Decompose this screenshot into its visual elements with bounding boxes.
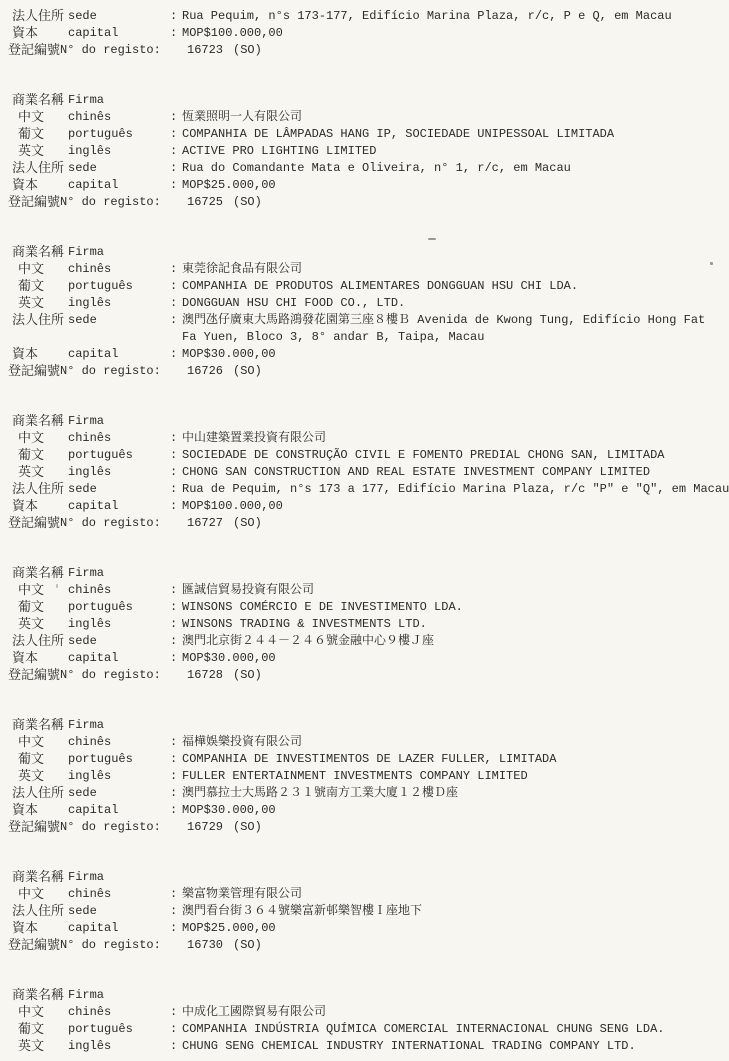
value-portuguese-name: COMPANHIA DE PRODUTOS ALIMENTARES DONGGU…: [182, 278, 578, 295]
section-heading-row: 商業名稱Firma: [0, 413, 729, 430]
row-address: 法人住所sede:澳門慕拉士大馬路２３１號南方工業大廈１２樓Ｄ座: [0, 785, 729, 802]
row-address: 法人住所sede:澳門看台街３６４號樂富新邨樂智樓Ｉ座地下: [0, 903, 729, 920]
row-registry: 登記編號N° do registo:16729(SO): [0, 819, 729, 836]
value-address: 澳門慕拉士大馬路２３１號南方工業大廈１２樓Ｄ座: [182, 785, 458, 802]
label-portuguese-pt: português: [68, 447, 133, 464]
label-english-zh: 英文: [18, 464, 44, 481]
value-capital: MOP$30.000,00: [182, 802, 276, 819]
value-english-name: CHUNG SENG CHEMICAL INDUSTRY INTERNATION…: [182, 1038, 636, 1055]
row-portuguese-name: 葡文português:COMPANHIA DE LÂMPADAS HANG I…: [0, 126, 729, 143]
row-chinese-name: 中文chinês:福樺娛樂投資有限公司: [0, 734, 729, 751]
label-chinese-zh: 中文: [18, 1004, 44, 1021]
colon: :: [170, 734, 177, 751]
value-chinese-name: 中成化工國際貿易有限公司: [182, 1004, 326, 1021]
label-chinese-zh: 中文: [18, 582, 44, 599]
value-english-name: CHONG SAN CONSTRUCTION AND REAL ESTATE I…: [182, 464, 650, 481]
row-registry: 登記編號N° do registo:16730(SO): [0, 937, 729, 954]
label-firm-pt: Firma: [68, 244, 104, 261]
label-firm-zh: 商業名稱: [12, 92, 64, 109]
colon: :: [170, 295, 177, 312]
row-address: 法人住所sede:Rua do Comandante Mata e Olivei…: [0, 160, 729, 177]
label-registry-pt: N° do registo:: [60, 42, 161, 59]
label-firm-zh: 商業名稱: [12, 244, 64, 261]
company-block: 商業名稱Firma中文chinês:東莞徐記食品有限公司葡文português:…: [0, 244, 729, 380]
value-english-name: WINSONS TRADING & INVESTMENTS LTD.: [182, 616, 427, 633]
gazette-page: 法人住所sede:Rua Pequim, n°s 173-177, Edifíc…: [0, 0, 729, 1055]
label-seat-pt: sede: [68, 481, 97, 498]
colon: :: [170, 768, 177, 785]
value-capital: MOP$30.000,00: [182, 346, 276, 363]
label-seat-pt: sede: [68, 160, 97, 177]
label-capital-pt: capital: [68, 25, 118, 42]
colon: :: [170, 802, 177, 819]
row-chinese-name: 中文chinês:樂富物業管理有限公司: [0, 886, 729, 903]
row-portuguese-name: 葡文português:SOCIEDADE DE CONSTRUÇÃO CIVI…: [0, 447, 729, 464]
row-portuguese-name: 葡文português:COMPANHIA DE PRODUTOS ALIMEN…: [0, 278, 729, 295]
label-registry-pt: N° do registo:: [60, 667, 161, 684]
row-registry: 登記編號N° do registo:16723(SO): [0, 42, 729, 59]
row-address: 法人住所sede:澳門氹仔廣東大馬路鴻發花園第三座８樓Ｂ Avenida de …: [0, 312, 729, 329]
row-capital: 資本capital:MOP$100.000,00: [0, 498, 729, 515]
value-address: Rua do Comandante Mata e Oliveira, n° 1,…: [182, 160, 571, 177]
registry-number: 16723: [187, 42, 223, 59]
label-firm-pt: Firma: [68, 92, 104, 109]
colon: :: [170, 109, 177, 126]
value-address: 澳門氹仔廣東大馬路鴻發花園第三座８樓Ｂ Avenida de Kwong Tun…: [182, 312, 705, 329]
value-capital: MOP$30.000,00: [182, 650, 276, 667]
colon: :: [170, 346, 177, 363]
label-firm-zh: 商業名稱: [12, 413, 64, 430]
label-capital-pt: capital: [68, 920, 118, 937]
label-chinese-pt: chinês: [68, 109, 111, 126]
colon: :: [170, 1004, 177, 1021]
value-capital: MOP$100.000,00: [182, 498, 283, 515]
registry-so-code: (SO): [233, 667, 262, 684]
value-chinese-name: 匯誠信貿易投資有限公司: [182, 582, 314, 599]
label-seat-pt: sede: [68, 633, 97, 650]
label-registry-pt: N° do registo:: [60, 363, 161, 380]
label-firm-pt: Firma: [68, 869, 104, 886]
registry-entries: 法人住所sede:Rua Pequim, n°s 173-177, Edifíc…: [0, 8, 729, 1055]
section-heading-row: 商業名稱Firma: [0, 869, 729, 886]
label-chinese-pt: chinês: [68, 734, 111, 751]
registry-so-code: (SO): [233, 363, 262, 380]
value-address-cont: Fa Yuen, Bloco 3, 8° andar B, Taipa, Mac…: [182, 329, 484, 346]
value-address: Rua de Pequim, n°s 173 a 177, Edifício M…: [182, 481, 729, 498]
label-seat-pt: sede: [68, 8, 97, 25]
label-chinese-zh: 中文: [18, 261, 44, 278]
colon: :: [170, 143, 177, 160]
colon: :: [170, 616, 177, 633]
row-english-name: 英文inglês:CHONG SAN CONSTRUCTION AND REAL…: [0, 464, 729, 481]
label-capital-zh: 資本: [12, 498, 38, 515]
label-firm-pt: Firma: [68, 413, 104, 430]
colon: :: [170, 278, 177, 295]
colon: :: [170, 920, 177, 937]
row-registry: 登記編號N° do registo:16727(SO): [0, 515, 729, 532]
colon: :: [170, 430, 177, 447]
label-english-zh: 英文: [18, 1038, 44, 1055]
label-registry-pt: N° do registo:: [60, 937, 161, 954]
registry-so-code: (SO): [233, 42, 262, 59]
label-english-pt: inglês: [68, 1038, 111, 1055]
company-block: 商業名稱Firma中文chinês:匯誠信貿易投資有限公司葡文português…: [0, 565, 729, 684]
label-portuguese-pt: português: [68, 278, 133, 295]
label-seat-pt: sede: [68, 312, 97, 329]
value-chinese-name: 樂富物業管理有限公司: [182, 886, 302, 903]
colon: :: [170, 751, 177, 768]
value-english-name: ACTIVE PRO LIGHTING LIMITED: [182, 143, 376, 160]
label-capital-zh: 資本: [12, 177, 38, 194]
label-registry-zh: 登記編號: [8, 515, 60, 532]
registry-number: 16729: [187, 819, 223, 836]
label-capital-zh: 資本: [12, 802, 38, 819]
row-registry: 登記編號N° do registo:16725(SO): [0, 194, 729, 211]
row-chinese-name: 中文chinês:中山建築置業投資有限公司: [0, 430, 729, 447]
label-firm-zh: 商業名稱: [12, 869, 64, 886]
label-portuguese-zh: 葡文: [18, 126, 44, 143]
label-portuguese-zh: 葡文: [18, 1021, 44, 1038]
row-portuguese-name: 葡文português:WINSONS COMÉRCIO E DE INVEST…: [0, 599, 729, 616]
row-english-name: 英文inglês:DONGGUAN HSU CHI FOOD CO., LTD.: [0, 295, 729, 312]
label-registry-zh: 登記編號: [8, 42, 60, 59]
label-capital-pt: capital: [68, 802, 118, 819]
label-registry-zh: 登記編號: [8, 819, 60, 836]
colon: :: [170, 312, 177, 329]
label-registry-zh: 登記編號: [8, 937, 60, 954]
label-english-zh: 英文: [18, 768, 44, 785]
row-capital: 資本capital:MOP$25.000,00: [0, 920, 729, 937]
row-chinese-name: 中文chinês:恆業照明一人有限公司: [0, 109, 729, 126]
row-capital: 資本capital:MOP$30.000,00: [0, 650, 729, 667]
label-seat-pt: sede: [68, 785, 97, 802]
value-portuguese-name: COMPANHIA INDÚSTRIA QUÍMICA COMERCIAL IN…: [182, 1021, 664, 1038]
registry-number: 16728: [187, 667, 223, 684]
label-registry-pt: N° do registo:: [60, 515, 161, 532]
value-portuguese-name: COMPANHIA DE LÂMPADAS HANG IP, SOCIEDADE…: [182, 126, 614, 143]
row-chinese-name: 中文chinês:匯誠信貿易投資有限公司: [0, 582, 729, 599]
registry-number: 16730: [187, 937, 223, 954]
section-heading-row: 商業名稱Firma: [0, 717, 729, 734]
colon: :: [170, 1021, 177, 1038]
label-seat-zh: 法人住所: [12, 903, 64, 920]
label-capital-pt: capital: [68, 498, 118, 515]
label-seat-zh: 法人住所: [12, 312, 64, 329]
label-seat-zh: 法人住所: [12, 481, 64, 498]
value-chinese-name: 福樺娛樂投資有限公司: [182, 734, 302, 751]
value-capital: MOP$100.000,00: [182, 25, 283, 42]
label-seat-pt: sede: [68, 903, 97, 920]
label-capital-pt: capital: [68, 177, 118, 194]
registry-so-code: (SO): [233, 937, 262, 954]
label-capital-zh: 資本: [12, 920, 38, 937]
label-chinese-zh: 中文: [18, 886, 44, 903]
value-capital: MOP$25.000,00: [182, 177, 276, 194]
label-portuguese-zh: 葡文: [18, 447, 44, 464]
colon: :: [170, 650, 177, 667]
label-seat-zh: 法人住所: [12, 160, 64, 177]
label-seat-zh: 法人住所: [12, 633, 64, 650]
section-heading-row: 商業名稱Firma: [0, 565, 729, 582]
value-portuguese-name: WINSONS COMÉRCIO E DE INVESTIMENTO LDA.: [182, 599, 463, 616]
row-capital: 資本capital:MOP$30.000,00: [0, 802, 729, 819]
label-seat-zh: 法人住所: [12, 785, 64, 802]
label-portuguese-zh: 葡文: [18, 278, 44, 295]
label-portuguese-pt: português: [68, 599, 133, 616]
section-heading-row: 商業名稱Firma: [0, 244, 729, 261]
colon: :: [170, 464, 177, 481]
label-capital-zh: 資本: [12, 650, 38, 667]
row-registry: 登記編號N° do registo:16726(SO): [0, 363, 729, 380]
label-chinese-pt: chinês: [68, 582, 111, 599]
colon: :: [170, 8, 177, 25]
colon: :: [170, 25, 177, 42]
value-english-name: FULLER ENTERTAINMENT INVESTMENTS COMPANY…: [182, 768, 528, 785]
label-english-pt: inglês: [68, 616, 111, 633]
company-block: 商業名稱Firma中文chinês:中山建築置業投資有限公司葡文portuguê…: [0, 413, 729, 532]
row-capital: 資本capital:MOP$100.000,00: [0, 25, 729, 42]
label-registry-zh: 登記編號: [8, 363, 60, 380]
label-english-zh: 英文: [18, 143, 44, 160]
value-chinese-name: 中山建築置業投資有限公司: [182, 430, 326, 447]
scan-artifact: [428, 238, 436, 240]
registry-number: 16726: [187, 363, 223, 380]
registry-so-code: (SO): [233, 515, 262, 532]
colon: :: [170, 785, 177, 802]
registry-so-code: (SO): [233, 194, 262, 211]
company-block: 商業名稱Firma中文chinês:恆業照明一人有限公司葡文português:…: [0, 92, 729, 211]
row-chinese-name: 中文chinês:中成化工國際貿易有限公司: [0, 1004, 729, 1021]
label-english-pt: inglês: [68, 295, 111, 312]
value-address: 澳門看台街３６４號樂富新邨樂智樓Ｉ座地下: [182, 903, 422, 920]
label-chinese-zh: 中文: [18, 734, 44, 751]
company-block: 法人住所sede:Rua Pequim, n°s 173-177, Edifíc…: [0, 8, 729, 59]
row-portuguese-name: 葡文português:COMPANHIA INDÚSTRIA QUÍMICA …: [0, 1021, 729, 1038]
row-english-name: 英文inglês:ACTIVE PRO LIGHTING LIMITED: [0, 143, 729, 160]
value-address: 澳門北京街２４４－２４６號金融中心９樓Ｊ座: [182, 633, 434, 650]
value-english-name: DONGGUAN HSU CHI FOOD CO., LTD.: [182, 295, 405, 312]
registry-so-code: (SO): [233, 819, 262, 836]
colon: :: [170, 903, 177, 920]
row-english-name: 英文inglês:CHUNG SENG CHEMICAL INDUSTRY IN…: [0, 1038, 729, 1055]
label-capital-pt: capital: [68, 346, 118, 363]
label-english-zh: 英文: [18, 616, 44, 633]
label-firm-zh: 商業名稱: [12, 565, 64, 582]
row-english-name: 英文inglês:WINSONS TRADING & INVESTMENTS L…: [0, 616, 729, 633]
label-firm-pt: Firma: [68, 565, 104, 582]
label-capital-pt: capital: [68, 650, 118, 667]
row-capital: 資本capital:MOP$25.000,00: [0, 177, 729, 194]
colon: :: [170, 498, 177, 515]
row-address: 法人住所sede:Rua de Pequim, n°s 173 a 177, E…: [0, 481, 729, 498]
label-portuguese-zh: 葡文: [18, 751, 44, 768]
registry-number: 16725: [187, 194, 223, 211]
label-portuguese-pt: português: [68, 751, 133, 768]
label-portuguese-pt: português: [68, 126, 133, 143]
colon: :: [170, 447, 177, 464]
label-firm-zh: 商業名稱: [12, 987, 64, 1004]
label-portuguese-zh: 葡文: [18, 599, 44, 616]
colon: :: [170, 1038, 177, 1055]
colon: :: [170, 481, 177, 498]
company-block: 商業名稱Firma中文chinês:樂富物業管理有限公司法人住所sede:澳門看…: [0, 869, 729, 954]
label-chinese-pt: chinês: [68, 886, 111, 903]
colon: :: [170, 886, 177, 903]
label-chinese-pt: chinês: [68, 430, 111, 447]
row-address-cont: Fa Yuen, Bloco 3, 8° andar B, Taipa, Mac…: [0, 329, 729, 346]
label-registry-zh: 登記編號: [8, 667, 60, 684]
label-firm-zh: 商業名稱: [12, 717, 64, 734]
row-address: 法人住所sede:澳門北京街２４４－２４６號金融中心９樓Ｊ座: [0, 633, 729, 650]
value-capital: MOP$25.000,00: [182, 920, 276, 937]
label-capital-zh: 資本: [12, 25, 38, 42]
label-capital-zh: 資本: [12, 346, 38, 363]
registry-number: 16727: [187, 515, 223, 532]
label-chinese-zh: 中文: [18, 430, 44, 447]
colon: :: [170, 160, 177, 177]
value-portuguese-name: SOCIEDADE DE CONSTRUÇÃO CIVIL E FOMENTO …: [182, 447, 664, 464]
row-capital: 資本capital:MOP$30.000,00: [0, 346, 729, 363]
label-english-pt: inglês: [68, 768, 111, 785]
label-portuguese-pt: português: [68, 1021, 133, 1038]
colon: :: [170, 177, 177, 194]
label-chinese-pt: chinês: [68, 1004, 111, 1021]
row-chinese-name: 中文chinês:東莞徐記食品有限公司: [0, 261, 729, 278]
value-chinese-name: 東莞徐記食品有限公司: [182, 261, 302, 278]
label-chinese-zh: 中文: [18, 109, 44, 126]
colon: :: [170, 599, 177, 616]
label-seat-zh: 法人住所: [12, 8, 64, 25]
label-registry-pt: N° do registo:: [60, 194, 161, 211]
label-firm-pt: Firma: [68, 717, 104, 734]
colon: :: [170, 633, 177, 650]
label-english-pt: inglês: [68, 143, 111, 160]
label-registry-zh: 登記編號: [8, 194, 60, 211]
label-english-pt: inglês: [68, 464, 111, 481]
scan-artifact: [56, 584, 58, 588]
section-heading-row: 商業名稱Firma: [0, 987, 729, 1004]
row-portuguese-name: 葡文português:COMPANHIA DE INVESTIMENTOS D…: [0, 751, 729, 768]
value-portuguese-name: COMPANHIA DE INVESTIMENTOS DE LAZER FULL…: [182, 751, 556, 768]
row-english-name: 英文inglês:FULLER ENTERTAINMENT INVESTMENT…: [0, 768, 729, 785]
label-firm-pt: Firma: [68, 987, 104, 1004]
company-block: 商業名稱Firma中文chinês:福樺娛樂投資有限公司葡文português:…: [0, 717, 729, 836]
value-chinese-name: 恆業照明一人有限公司: [182, 109, 302, 126]
company-block: 商業名稱Firma中文chinês:中成化工國際貿易有限公司葡文portuguê…: [0, 987, 729, 1055]
row-address: 法人住所sede:Rua Pequim, n°s 173-177, Edifíc…: [0, 8, 729, 25]
scan-artifact: [710, 262, 713, 265]
section-heading-row: 商業名稱Firma: [0, 92, 729, 109]
colon: :: [170, 261, 177, 278]
label-chinese-pt: chinês: [68, 261, 111, 278]
value-address: Rua Pequim, n°s 173-177, Edifício Marina…: [182, 8, 672, 25]
colon: :: [170, 126, 177, 143]
colon: :: [170, 582, 177, 599]
label-registry-pt: N° do registo:: [60, 819, 161, 836]
label-english-zh: 英文: [18, 295, 44, 312]
row-registry: 登記編號N° do registo:16728(SO): [0, 667, 729, 684]
